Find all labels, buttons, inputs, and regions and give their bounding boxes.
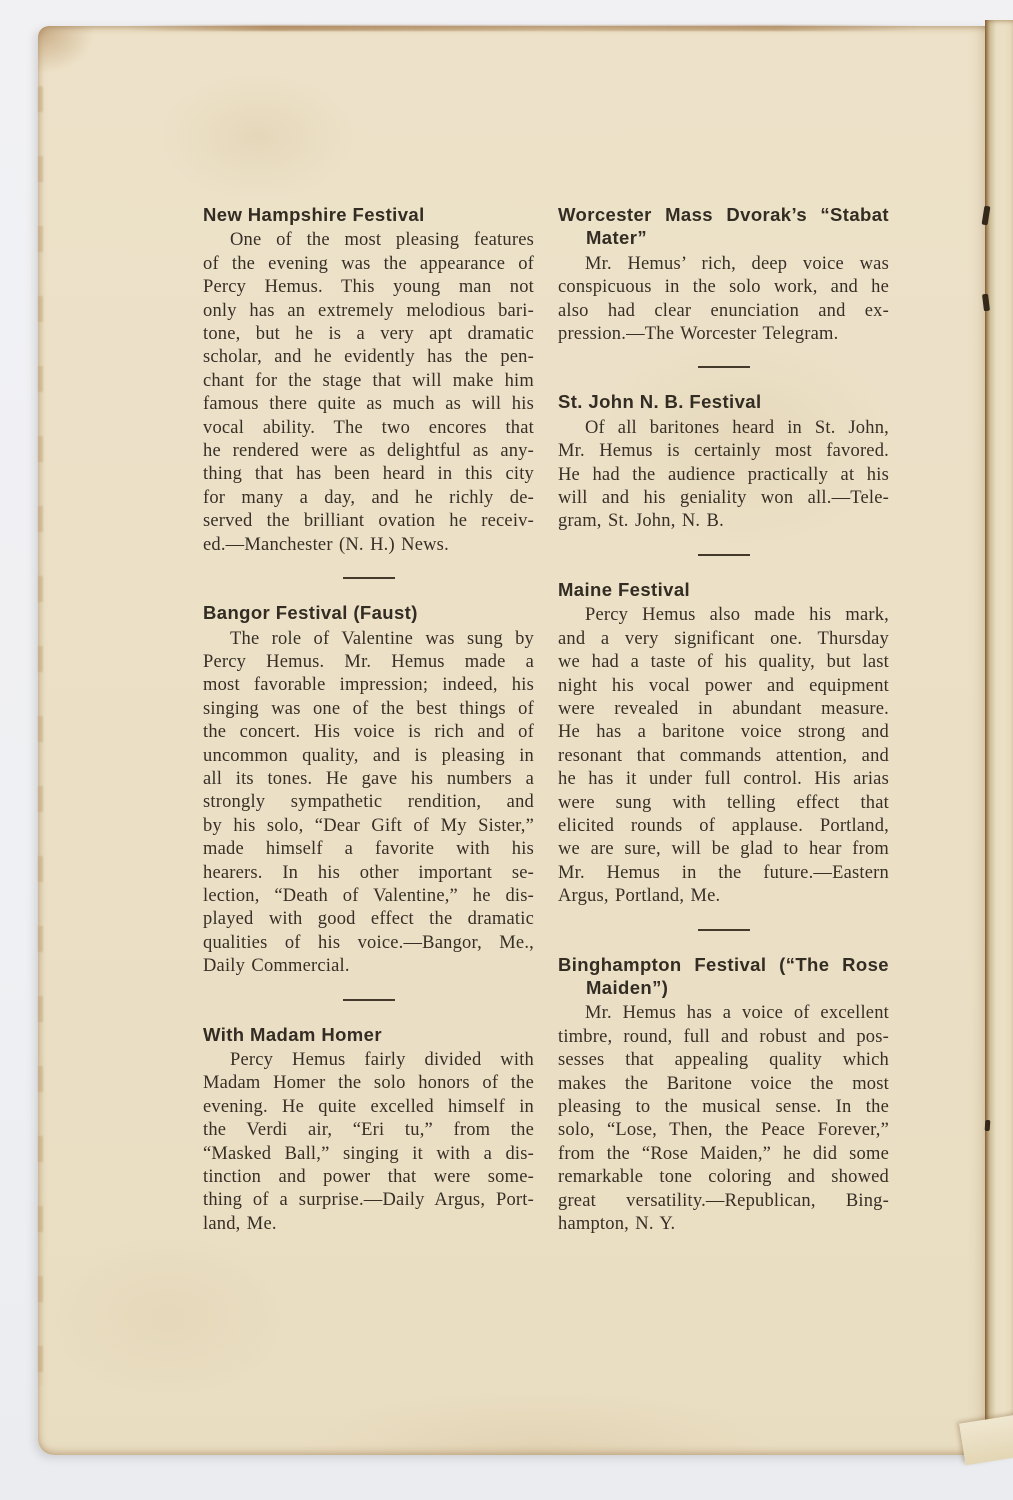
- body-line: also had clear enunciation and ex-: [558, 300, 889, 323]
- review-paragraph: Percy Hemus fairly divided withMadam Hom…: [203, 1049, 534, 1236]
- body-line: for many a day, and he richly de-: [203, 487, 534, 510]
- body-line: scholar, and he evidently has the pen-: [203, 346, 534, 369]
- body-line: he rendered were as delightful as any-: [203, 440, 534, 463]
- body-line: hearers. In his other important se-: [203, 862, 534, 885]
- body-line: pleasing to the musical sense. In the: [558, 1096, 889, 1119]
- body-line: chant for the stage that will make him: [203, 370, 534, 393]
- section-divider: [343, 999, 395, 1001]
- body-line: gram, St. John, N. B.: [558, 510, 889, 533]
- left-column: New Hampshire FestivalOne of the most pl…: [203, 203, 534, 1236]
- body-line: land, Me.: [203, 1213, 534, 1236]
- review-paragraph: Mr. Hemus’ rich, deep voice wasconspicuo…: [558, 253, 889, 347]
- body-line: Daily Commercial.: [203, 955, 534, 978]
- body-line: were revealed in abundant measure.: [558, 698, 889, 721]
- body-line: only has an extremely melodious bari-: [203, 300, 534, 323]
- body-line: evening. He quite excelled himself in: [203, 1096, 534, 1119]
- body-line: from the “Rose Maiden,” he did some: [558, 1143, 889, 1166]
- body-line: tinction and power that were some-: [203, 1166, 534, 1189]
- section-divider: [698, 366, 750, 368]
- section-divider: [343, 577, 395, 579]
- right-column: Worcester Mass Dvorak’s “StabatMater”Mr.…: [558, 203, 889, 1236]
- body-line: solo, “Lose, Then, the Peace Forever,”: [558, 1119, 889, 1142]
- body-line: Of all baritones heard in St. John,: [558, 417, 889, 440]
- body-line: famous there quite as much as will his: [203, 393, 534, 416]
- body-line: all its tones. He gave his numbers a: [203, 768, 534, 791]
- body-line: the Verdi air, “Eri tu,” from the: [203, 1119, 534, 1142]
- heading-line: Binghampton Festival (“The Rose: [558, 953, 889, 976]
- review-paragraph: One of the most pleasing featuresof the …: [203, 229, 534, 557]
- body-line: most favorable impression; indeed, his: [203, 674, 534, 697]
- heading-line: Maine Festival: [558, 578, 889, 601]
- body-line: remarkable tone coloring and showed: [558, 1166, 889, 1189]
- section-heading: With Madam Homer: [203, 1023, 534, 1046]
- heading-line: With Madam Homer: [203, 1023, 534, 1046]
- body-line: vocal ability. The two encores that: [203, 417, 534, 440]
- body-line: Percy Hemus. This young man not: [203, 276, 534, 299]
- body-line: timbre, round, full and robust and pos-: [558, 1026, 889, 1049]
- body-line: uncommon quality, and is pleasing in: [203, 745, 534, 768]
- body-line: tone, but he is a very apt dramatic: [203, 323, 534, 346]
- body-line: played with good effect the dramatic: [203, 908, 534, 931]
- body-line: of the evening was the appearance of: [203, 253, 534, 276]
- heading-line: Worcester Mass Dvorak’s “Stabat: [558, 203, 889, 226]
- body-line: we had a taste of his quality, but last: [558, 651, 889, 674]
- body-line: strongly sympathetic rendition, and: [203, 791, 534, 814]
- binding-stitch-icon: [985, 1120, 991, 1131]
- body-line: Madam Homer the solo honors of the: [203, 1072, 534, 1095]
- body-line: Percy Hemus. Mr. Hemus made a: [203, 651, 534, 674]
- body-line: Mr. Hemus is certainly most favored.: [558, 440, 889, 463]
- body-line: He has a baritone voice strong and: [558, 721, 889, 744]
- heading-line: St. John N. B. Festival: [558, 390, 889, 413]
- body-line: hampton, N. Y.: [558, 1213, 889, 1236]
- body-line: sesses that appealing quality which: [558, 1049, 889, 1072]
- body-line: were sung with telling effect that: [558, 792, 889, 815]
- body-line: pression.—The Worcester Telegram.: [558, 323, 889, 346]
- heading-line: New Hampshire Festival: [203, 203, 534, 226]
- body-line: Percy Hemus also made his mark,: [558, 604, 889, 627]
- section-heading: Bangor Festival (Faust): [203, 601, 534, 624]
- heading-line: Maiden”): [558, 976, 889, 999]
- heading-line: Bangor Festival (Faust): [203, 601, 534, 624]
- body-line: conspicuous in the solo work, and he: [558, 276, 889, 299]
- review-paragraph: The role of Valentine was sung byPercy H…: [203, 628, 534, 979]
- body-line: makes the Baritone voice the most: [558, 1073, 889, 1096]
- body-line: Mr. Hemus in the future.—Eastern: [558, 862, 889, 885]
- body-line: resonant that commands attention, and: [558, 745, 889, 768]
- body-line: made himself a favorite with his: [203, 838, 534, 861]
- adjacent-page-edge: [985, 20, 1013, 1454]
- body-line: served the brilliant ovation he receiv-: [203, 510, 534, 533]
- review-paragraph: Of all baritones heard in St. John,Mr. H…: [558, 417, 889, 534]
- section-heading: Worcester Mass Dvorak’s “StabatMater”: [558, 203, 889, 250]
- review-paragraph: Mr. Hemus has a voice of excellenttimbre…: [558, 1002, 889, 1236]
- body-line: we are sure, will be glad to hear from: [558, 838, 889, 861]
- section-heading: St. John N. B. Festival: [558, 390, 889, 413]
- booklet-page: New Hampshire FestivalOne of the most pl…: [38, 26, 988, 1455]
- body-line: elicited rounds of applause. Portland,: [558, 815, 889, 838]
- body-line: thing that has been heard in this city: [203, 463, 534, 486]
- section-divider: [698, 554, 750, 556]
- body-line: singing was one of the best things of: [203, 698, 534, 721]
- body-line: One of the most pleasing features: [203, 229, 534, 252]
- scan-background: New Hampshire FestivalOne of the most pl…: [0, 0, 1013, 1500]
- body-line: thing of a surprise.—Daily Argus, Port-: [203, 1189, 534, 1212]
- body-line: “Masked Ball,” singing it with a dis-: [203, 1143, 534, 1166]
- body-line: He had the audience practically at his: [558, 464, 889, 487]
- body-line: and a very significant one. Thursday: [558, 628, 889, 651]
- body-line: qualities of his voice.—Bangor, Me.,: [203, 932, 534, 955]
- body-line: night his vocal power and equipment: [558, 675, 889, 698]
- body-line: will and his geniality won all.—Tele-: [558, 487, 889, 510]
- body-line: Percy Hemus fairly divided with: [203, 1049, 534, 1072]
- section-divider: [698, 929, 750, 931]
- body-line: the concert. His voice is rich and of: [203, 721, 534, 744]
- body-line: by his solo, “Dear Gift of My Sister,”: [203, 815, 534, 838]
- body-line: he has it under full control. His arias: [558, 768, 889, 791]
- body-line: Mr. Hemus’ rich, deep voice was: [558, 253, 889, 276]
- section-heading: Maine Festival: [558, 578, 889, 601]
- body-line: Mr. Hemus has a voice of excellent: [558, 1002, 889, 1025]
- section-heading: New Hampshire Festival: [203, 203, 534, 226]
- body-line: lection, “Death of Valentine,” he dis-: [203, 885, 534, 908]
- heading-line: Mater”: [558, 226, 889, 249]
- body-line: The role of Valentine was sung by: [203, 628, 534, 651]
- body-line: great versatility.—Republican, Bing-: [558, 1190, 889, 1213]
- body-line: ed.—Manchester (N. H.) News.: [203, 534, 534, 557]
- section-heading: Binghampton Festival (“The RoseMaiden”): [558, 953, 889, 1000]
- review-paragraph: Percy Hemus also made his mark,and a ver…: [558, 604, 889, 908]
- body-line: Argus, Portland, Me.: [558, 885, 889, 908]
